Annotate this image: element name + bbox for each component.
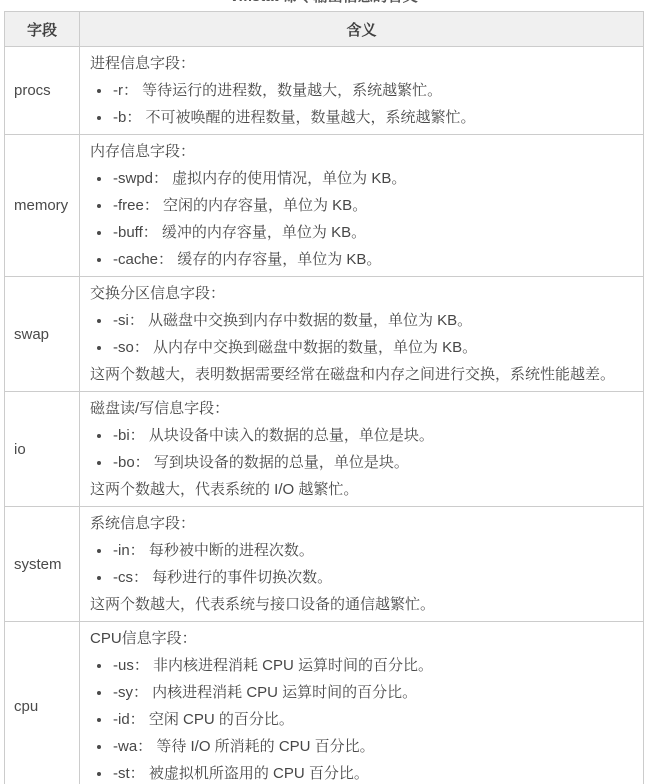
bullet-list: -in： 每秒被中断的进程次数。 -cs： 每秒进行的事件切换次数。	[90, 537, 633, 591]
bullet-item: -free： 空闲的内存容量，单位为 KB。	[112, 192, 633, 219]
field-name: swap	[5, 277, 80, 392]
bullet-item: -in： 每秒被中断的进程次数。	[112, 537, 633, 564]
bullet-list: -si： 从磁盘中交换到内存中数据的数量，单位为 KB。 -so： 从内存中交换…	[90, 307, 633, 361]
bullet-list: -r： 等待运行的进程数，数量越大，系统越繁忙。 -b： 不可被唤醒的进程数量，…	[90, 77, 633, 131]
column-header-field: 字段	[5, 12, 80, 47]
bullet-item: -cache： 缓存的内存容量，单位为 KB。	[112, 246, 633, 273]
meaning-intro: 系统信息字段：	[90, 510, 633, 537]
meaning-intro: 内存信息字段：	[90, 138, 633, 165]
bullet-list: -bi： 从块设备中读入的数据的总量，单位是块。 -bo： 写到块设备的数据的总…	[90, 422, 633, 476]
bullet-item: -swpd： 虚拟内存的使用情况，单位为 KB。	[112, 165, 633, 192]
bullet-item: -wa： 等待 I/O 所消耗的 CPU 百分比。	[112, 733, 633, 760]
table-row-cpu: cpu CPU信息字段： -us： 非内核进程消耗 CPU 运算时间的百分比。 …	[5, 622, 644, 784]
table-caption-text: vmstat 命令输出信息的含义	[230, 0, 418, 7]
bullet-list: -swpd： 虚拟内存的使用情况，单位为 KB。 -free： 空闲的内存容量，…	[90, 165, 633, 273]
meaning-note: 这两个数越大，代表系统的 I/O 越繁忙。	[90, 476, 633, 503]
meaning-note: 这两个数越大，表明数据需要经常在磁盘和内存之间进行交换，系统性能越差。	[90, 361, 633, 388]
field-name: cpu	[5, 622, 80, 784]
meaning-intro: CPU信息字段：	[90, 625, 633, 652]
table-row-procs: procs 进程信息字段： -r： 等待运行的进程数，数量越大，系统越繁忙。 -…	[5, 47, 644, 135]
meaning-intro: 交换分区信息字段：	[90, 280, 633, 307]
bullet-item: -r： 等待运行的进程数，数量越大，系统越繁忙。	[112, 77, 633, 104]
meaning-cell: 交换分区信息字段： -si： 从磁盘中交换到内存中数据的数量，单位为 KB。 -…	[80, 277, 644, 392]
meaning-cell: CPU信息字段： -us： 非内核进程消耗 CPU 运算时间的百分比。 -sy：…	[80, 622, 644, 784]
meaning-note: 这两个数越大，代表系统与接口设备的通信越繁忙。	[90, 591, 633, 618]
bullet-item: -st： 被虚拟机所盗用的 CPU 百分比。	[112, 760, 633, 784]
meaning-intro: 进程信息字段：	[90, 50, 633, 77]
bullet-item: -buff： 缓冲的内存容量，单位为 KB。	[112, 219, 633, 246]
field-name: system	[5, 507, 80, 622]
meaning-cell: 磁盘读/写信息字段： -bi： 从块设备中读入的数据的总量，单位是块。 -bo：…	[80, 392, 644, 507]
table-caption-partial: vmstat 命令输出信息的含义	[0, 0, 648, 11]
bullet-item: -bi： 从块设备中读入的数据的总量，单位是块。	[112, 422, 633, 449]
bullet-item: -sy： 内核进程消耗 CPU 运算时间的百分比。	[112, 679, 633, 706]
header-row: 字段 含义	[5, 12, 644, 47]
meaning-cell: 内存信息字段： -swpd： 虚拟内存的使用情况，单位为 KB。 -free： …	[80, 135, 644, 277]
meaning-intro: 磁盘读/写信息字段：	[90, 395, 633, 422]
bullet-item: -us： 非内核进程消耗 CPU 运算时间的百分比。	[112, 652, 633, 679]
bullet-item: -b： 不可被唤醒的进程数量，数量越大，系统越繁忙。	[112, 104, 633, 131]
bullet-item: -si： 从磁盘中交换到内存中数据的数量，单位为 KB。	[112, 307, 633, 334]
bullet-item: -so： 从内存中交换到磁盘中数据的数量，单位为 KB。	[112, 334, 633, 361]
field-name: io	[5, 392, 80, 507]
bullet-item: -bo： 写到块设备的数据的总量，单位是块。	[112, 449, 633, 476]
field-name: procs	[5, 47, 80, 135]
table-row-swap: swap 交换分区信息字段： -si： 从磁盘中交换到内存中数据的数量，单位为 …	[5, 277, 644, 392]
table-row-memory: memory 内存信息字段： -swpd： 虚拟内存的使用情况，单位为 KB。 …	[5, 135, 644, 277]
bullet-list: -us： 非内核进程消耗 CPU 运算时间的百分比。 -sy： 内核进程消耗 C…	[90, 652, 633, 784]
meaning-cell: 系统信息字段： -in： 每秒被中断的进程次数。 -cs： 每秒进行的事件切换次…	[80, 507, 644, 622]
meaning-cell: 进程信息字段： -r： 等待运行的进程数，数量越大，系统越繁忙。 -b： 不可被…	[80, 47, 644, 135]
vmstat-fields-table: 字段 含义 procs 进程信息字段： -r： 等待运行的进程数，数量越大，系统…	[4, 11, 644, 784]
bullet-item: -id： 空闲 CPU 的百分比。	[112, 706, 633, 733]
table-row-io: io 磁盘读/写信息字段： -bi： 从块设备中读入的数据的总量，单位是块。 -…	[5, 392, 644, 507]
column-header-meaning: 含义	[80, 12, 644, 47]
bullet-item: -cs： 每秒进行的事件切换次数。	[112, 564, 633, 591]
table-row-system: system 系统信息字段： -in： 每秒被中断的进程次数。 -cs： 每秒进…	[5, 507, 644, 622]
field-name: memory	[5, 135, 80, 277]
